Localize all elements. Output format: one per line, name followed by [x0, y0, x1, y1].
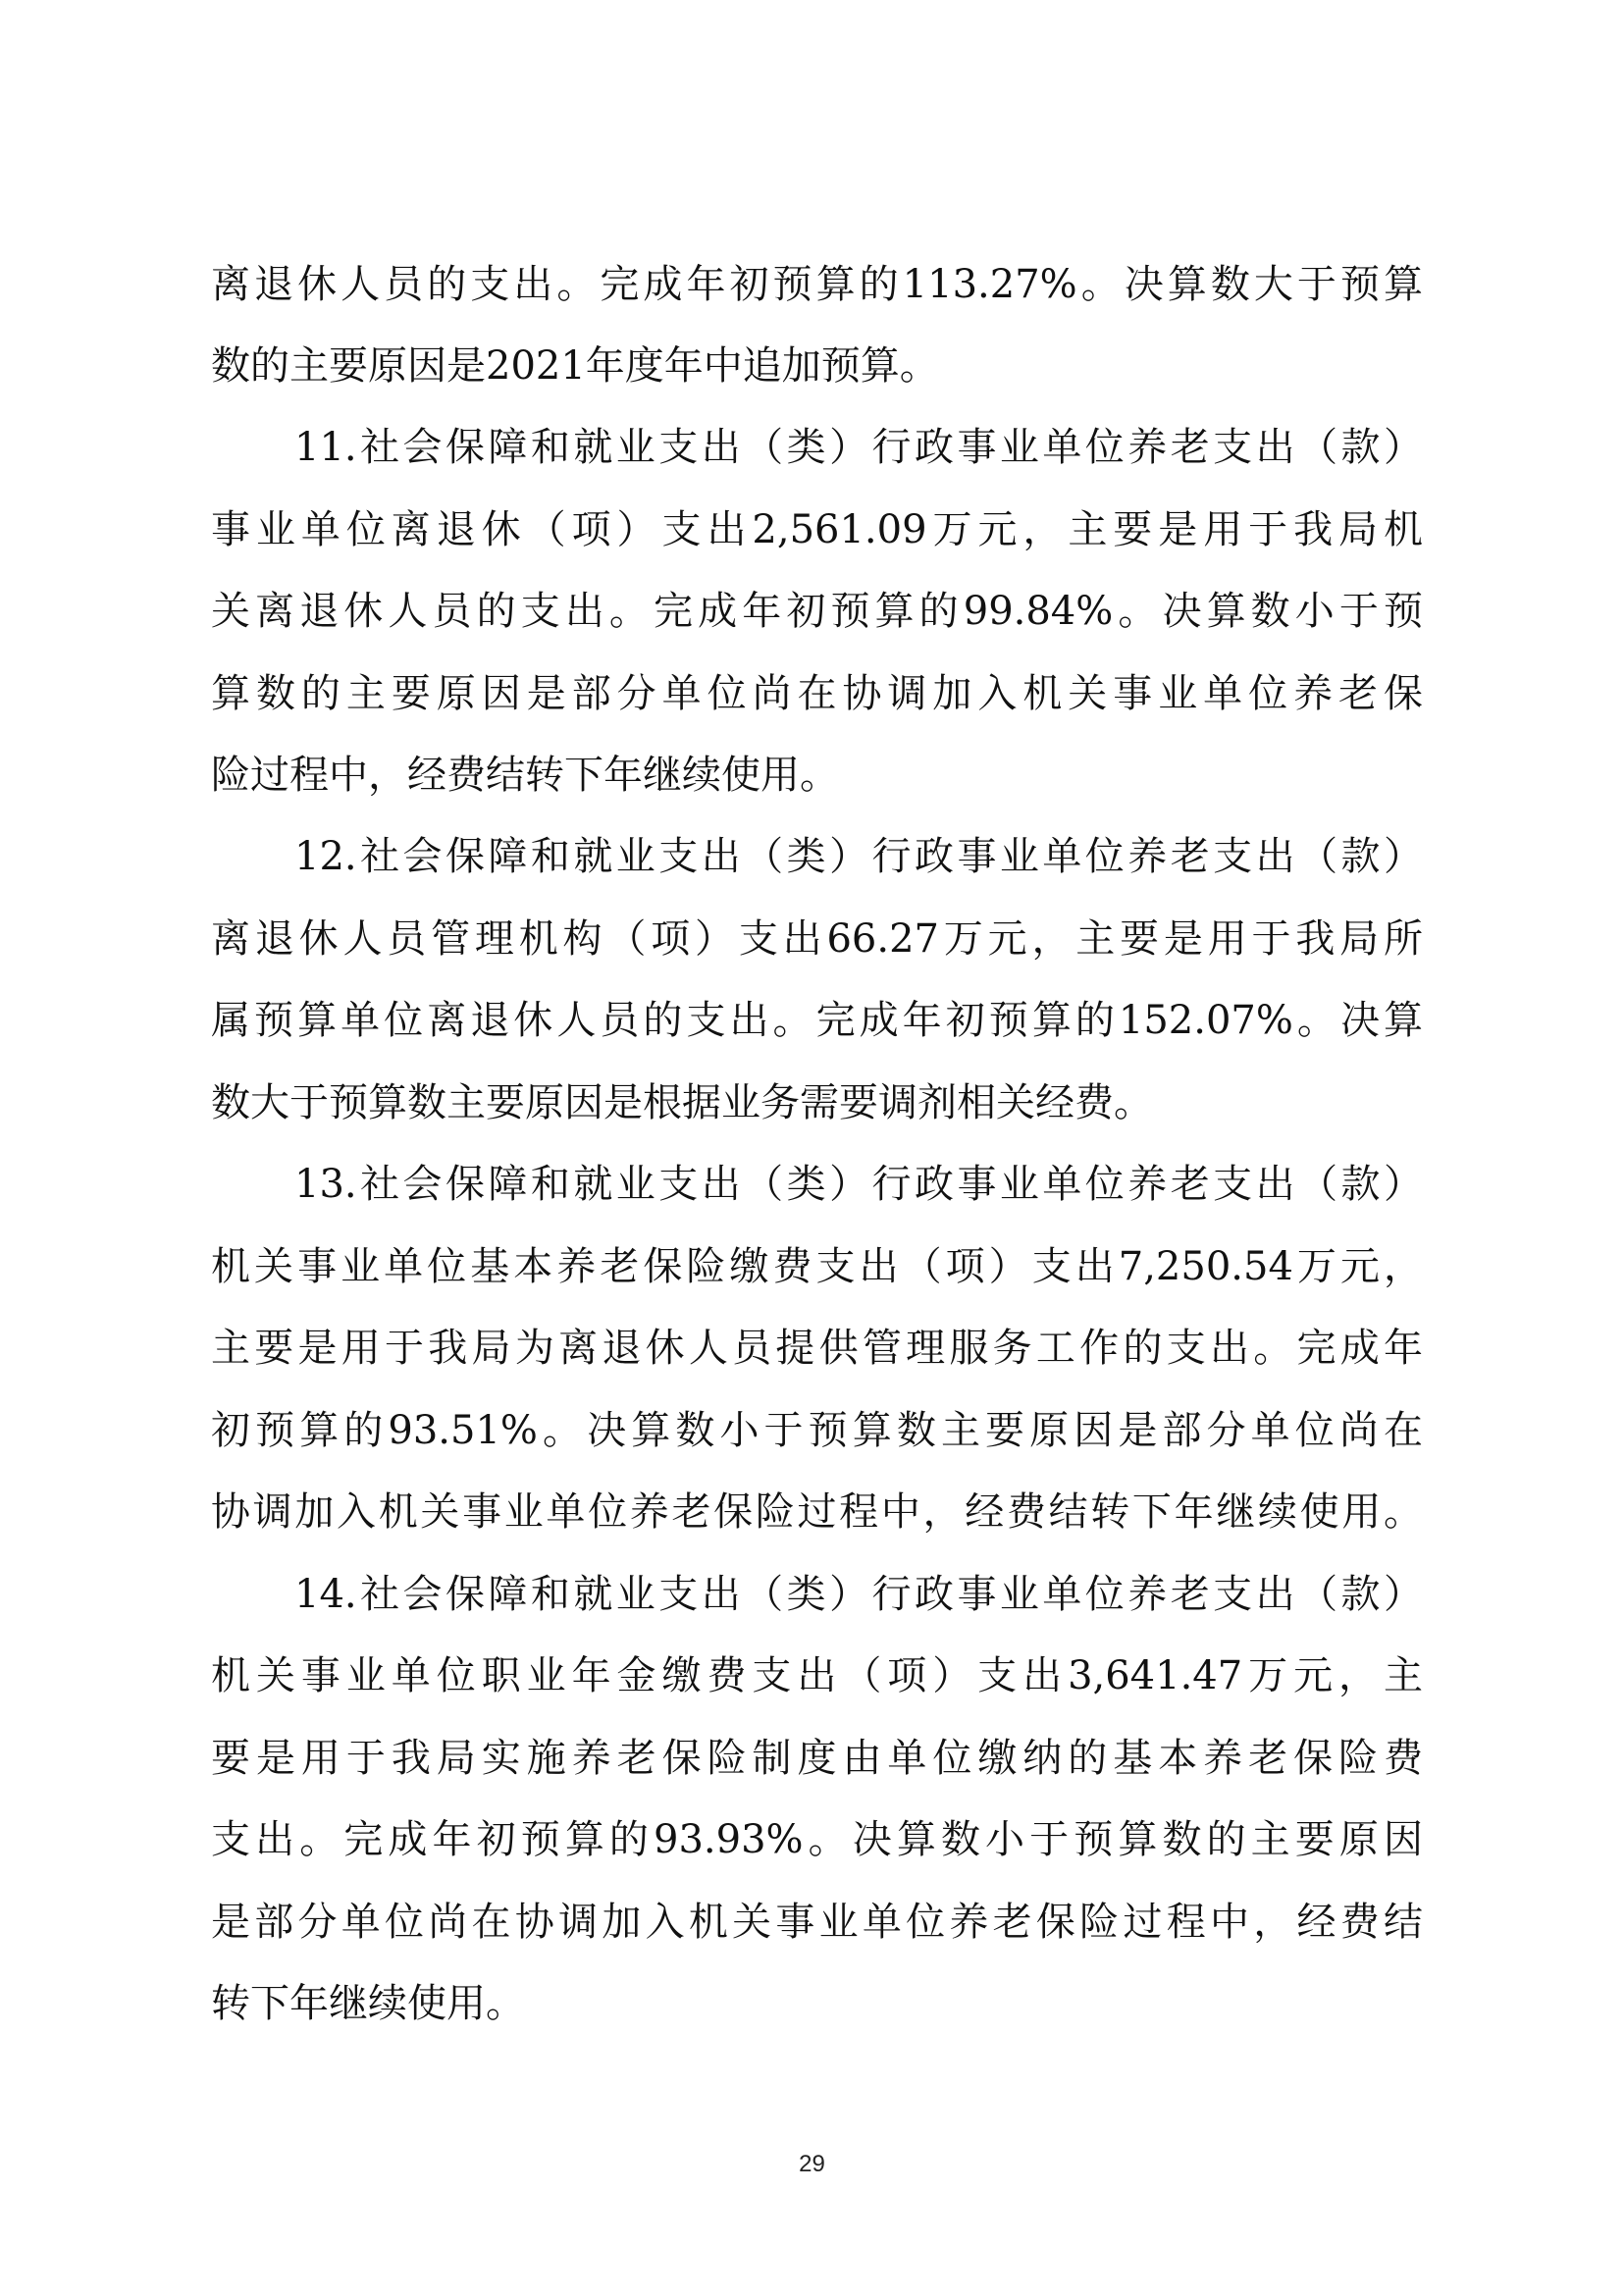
- paragraph-line: 险过程中，经费结转下年继续使用。: [211, 746, 1423, 805]
- paragraph-line: 机关事业单位基本养老保险缴费支出（项）支出7,250.54万元，: [211, 1237, 1423, 1296]
- document-page: 离退休人员的支出。完成年初预算的113.27%。决算数大于预算 数的主要原因是2…: [0, 0, 1624, 2295]
- paragraph-13-heading-line: 13.社会保障和就业支出（类）行政事业单位养老支出（款）: [294, 1155, 1423, 1214]
- paragraph-line: 离退休人员的支出。完成年初预算的113.27%。决算数大于预算: [211, 255, 1423, 314]
- paragraph-line: 离退休人员管理机构（项）支出66.27万元，主要是用于我局所: [211, 910, 1423, 968]
- paragraph-line: 协调加入机关事业单位养老保险过程中，经费结转下年继续使用。: [211, 1483, 1423, 1541]
- paragraph-line: 支出。完成年初预算的93.93%。决算数小于预算数的主要原因: [211, 1810, 1423, 1869]
- paragraph-line: 是部分单位尚在协调加入机关事业单位养老保险过程中，经费结: [211, 1893, 1423, 1952]
- paragraph-12-heading-line: 12.社会保障和就业支出（类）行政事业单位养老支出（款）: [294, 827, 1423, 886]
- paragraph-line: 事业单位离退休（项）支出2,561.09万元，主要是用于我局机: [211, 500, 1423, 559]
- paragraph-line: 机关事业单位职业年金缴费支出（项）支出3,641.47万元，主: [211, 1646, 1423, 1705]
- paragraph-line: 属预算单位离退休人员的支出。完成年初预算的152.07%。决算: [211, 991, 1423, 1050]
- paragraph-14-heading-line: 14.社会保障和就业支出（类）行政事业单位养老支出（款）: [294, 1565, 1423, 1624]
- page-number: 29: [0, 2151, 1624, 2178]
- paragraph-line: 转下年继续使用。: [211, 1974, 1423, 2033]
- paragraph-line: 数的主要原因是2021年度年中追加预算。: [211, 337, 1423, 395]
- paragraph-line: 关离退休人员的支出。完成年初预算的99.84%。决算数小于预: [211, 582, 1423, 641]
- paragraph-line: 数大于预算数主要原因是根据业务需要调剂相关经费。: [211, 1073, 1423, 1132]
- paragraph-line: 要是用于我局实施养老保险制度由单位缴纳的基本养老保险费: [211, 1729, 1423, 1788]
- paragraph-11-heading-line: 11.社会保障和就业支出（类）行政事业单位养老支出（款）: [294, 418, 1423, 477]
- paragraph-line: 算数的主要原因是部分单位尚在协调加入机关事业单位养老保: [211, 664, 1423, 723]
- paragraph-line: 初预算的93.51%。决算数小于预算数主要原因是部分单位尚在: [211, 1401, 1423, 1460]
- paragraph-line: 主要是用于我局为离退休人员提供管理服务工作的支出。完成年: [211, 1319, 1423, 1378]
